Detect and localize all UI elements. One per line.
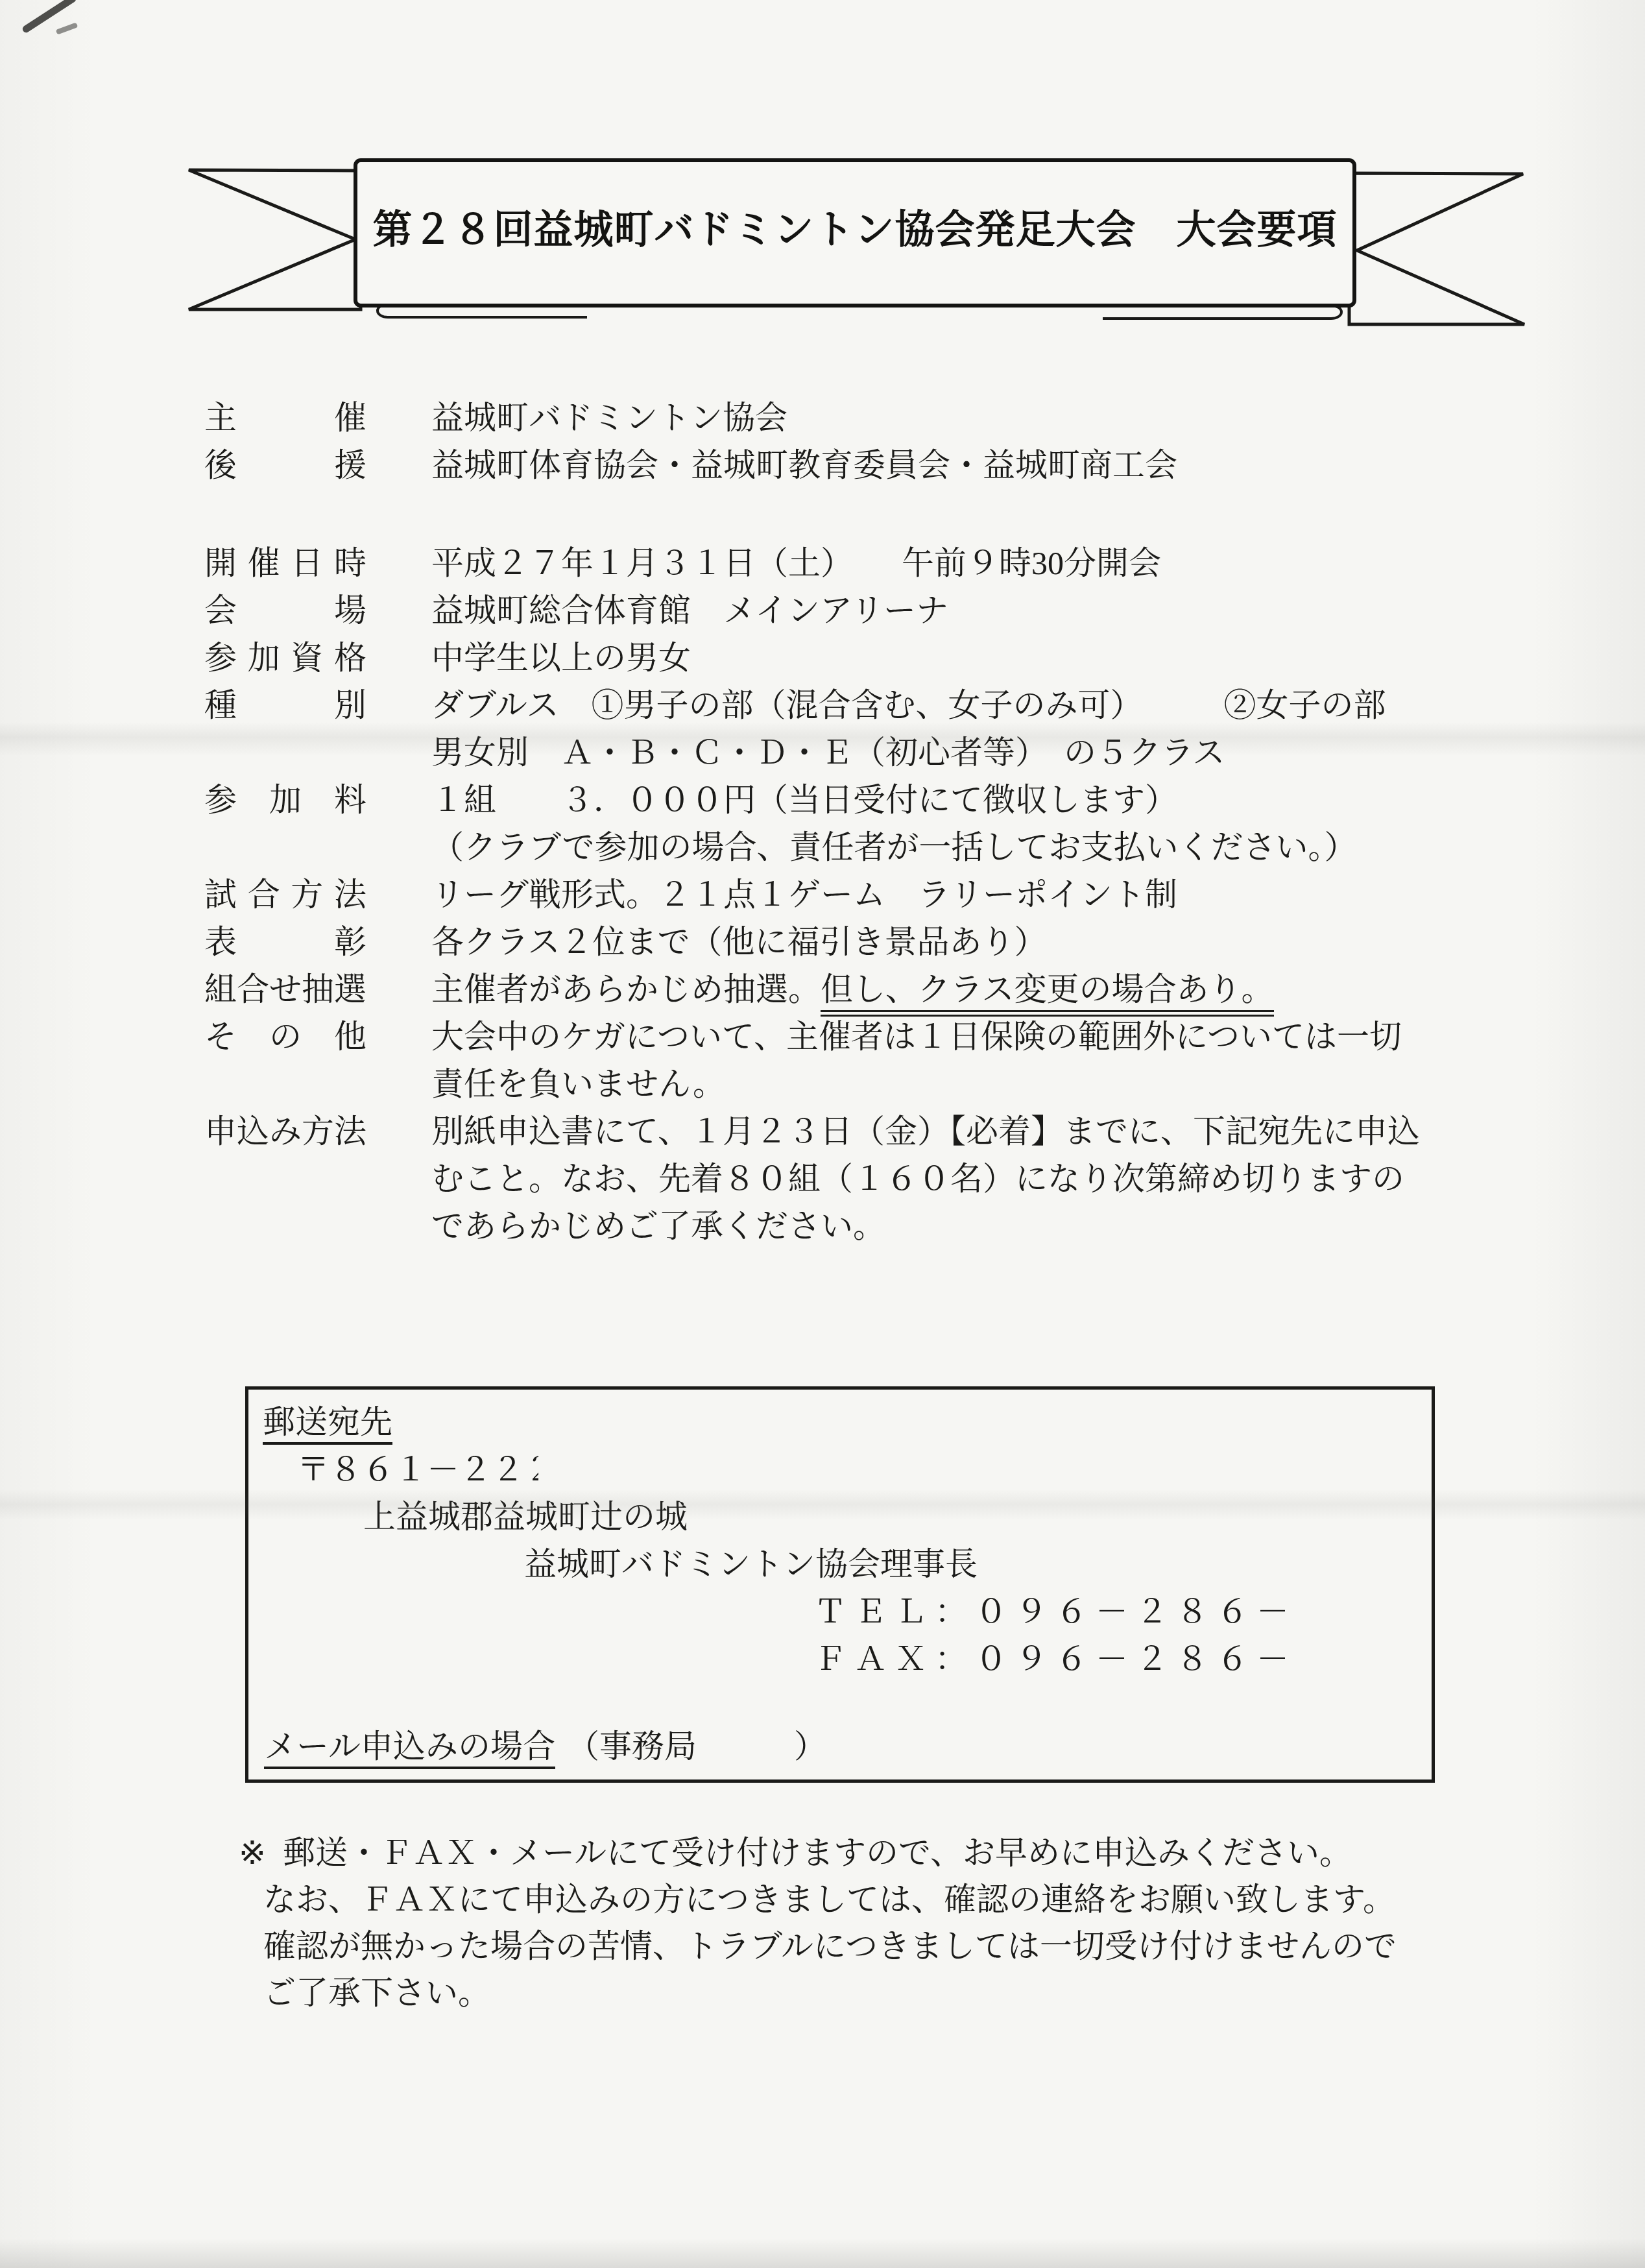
detail-text: 各クラス２位まで（他に福引き景品あり） [431, 924, 1047, 960]
detail-row: 参加資格中学生以上の男女 [204, 634, 1541, 682]
detail-value: 益城町バドミントン協会 [431, 394, 1541, 442]
detail-value: 中学生以上の男女 [431, 634, 1541, 682]
footnote-line: ※郵送・ＦＡＸ・メールにて受け付けますので、お早めに申込みください。 [239, 1829, 1471, 1876]
detail-value: 益城町体育協会・益城町教育委員会・益城町商工会 [431, 442, 1541, 489]
detail-row: 後援益城町体育協会・益城町教育委員会・益城町商工会 [204, 442, 1541, 489]
ribbon-right-tail [1349, 173, 1524, 324]
detail-row: 主催益城町バドミントン協会 [204, 394, 1541, 442]
detail-value: リーグ戦形式。２１点１ゲーム ラリーポイント制 [431, 871, 1541, 919]
detail-row: 申込み方法別紙申込書にて、１月２３日（金）【必着】までに、下記宛先に申込むこと。… [204, 1108, 1541, 1250]
detail-value: 平成２７年１月３１日（土） 午前９時30分開会 [431, 540, 1541, 587]
detail-value-line: １組 ３．０００円（当日受付にて徴収します） [431, 777, 1541, 824]
detail-text: むこと。なお、先着８０組（１６０名）になり次第締め切りますの [431, 1161, 1404, 1197]
scan-bottom-edge-shadow [0, 2238, 1645, 2268]
detail-text: 主催者があらかじめ抽選。 [431, 971, 821, 1007]
detail-row: 参加料１組 ３．０００円（当日受付にて徴収します）（クラブで参加の場合、責任者が… [204, 777, 1541, 871]
detail-value: 大会中のケガについて、主催者は１日保険の範囲外については一切責任を負いません。 [431, 1013, 1541, 1108]
detail-label: 種別 [204, 682, 366, 729]
detail-text: 責任を負いません。 [431, 1066, 725, 1102]
detail-value-line: 各クラス２位まで（他に福引き景品あり） [431, 919, 1541, 966]
mail-application-line: メール申込みの場合（事務局 ） [264, 1723, 1432, 1770]
postal-code-clipped-digit: ２ [524, 1446, 538, 1493]
detail-text: 別紙申込書にて、１月２３日（金）【必着】までに、下記宛先に申込 [431, 1113, 1420, 1150]
fax-line: ＦＡＸ：０９６－２８６－ [814, 1635, 1432, 1683]
tel-line: ＴＥＬ：０９６－２８６－ [814, 1588, 1432, 1635]
detail-value: 各クラス２位まで（他に福引き景品あり） [431, 919, 1541, 966]
detail-value-line: 主催者があらかじめ抽選。但し、クラス変更の場合あり。 [431, 966, 1541, 1013]
detail-value: 益城町総合体育館 メインアリーナ [431, 587, 1541, 634]
mail-application-label: メール申込みの場合 [264, 1728, 555, 1769]
footnote-line: 確認が無かった場合の苦情、トラブルにつきましては一切受け付けませんので [239, 1923, 1471, 1970]
detail-label: 参加資格 [204, 634, 366, 682]
detail-value-line: 大会中のケガについて、主催者は１日保険の範囲外については一切 [431, 1013, 1541, 1061]
detail-label: 後援 [204, 442, 366, 489]
detail-text: 男女別 Ａ・Ｂ・Ｃ・Ｄ・Ｅ（初心者等） の５クラス [431, 734, 1225, 771]
footnote-text: 郵送・ＦＡＸ・メールにて受け付けますので、お早めに申込みください。 [283, 1835, 1352, 1871]
detail-value-line: 男女別 Ａ・Ｂ・Ｃ・Ｄ・Ｅ（初心者等） の５クラス [431, 729, 1541, 777]
detail-row: 試合方法リーグ戦形式。２１点１ゲーム ラリーポイント制 [204, 871, 1541, 919]
mailing-address-heading: 郵送宛先 [263, 1399, 1432, 1446]
detail-label: 開催日時 [204, 540, 366, 587]
detail-text: 大会中のケガについて、主催者は１日保険の範囲外については一切 [431, 1019, 1402, 1055]
detail-label: 試合方法 [204, 871, 366, 919]
address-line: 上益城郡益城町辻の城 [363, 1493, 1432, 1541]
detail-text: 益城町バドミントン協会 [431, 400, 787, 436]
mailing-address-heading-text: 郵送宛先 [263, 1404, 392, 1445]
postal-code-text: 〒８６１－２２ [297, 1451, 524, 1488]
ribbon-left-tail [189, 170, 361, 309]
detail-text: 益城町体育協会・益城町教育委員会・益城町商工会 [431, 447, 1177, 483]
detail-row: 会場益城町総合体育館 メインアリーナ [204, 587, 1541, 634]
detail-value-line: 責任を負いません。 [431, 1061, 1541, 1108]
detail-label: 表彰 [204, 919, 366, 966]
footnote-line: ご了承下さい。 [239, 1970, 1471, 2016]
detail-value-line: 平成２７年１月３１日（土） 午前９時30分開会 [431, 540, 1541, 587]
detail-text: ダブルス ①男子の部（混合含む、女子のみ可） ②女子の部 [431, 687, 1386, 723]
detail-value-line: 益城町体育協会・益城町教育委員会・益城町商工会 [431, 442, 1541, 489]
mail-application-office: （事務局 ） [567, 1728, 826, 1765]
detail-text: リーグ戦形式。２１点１ゲーム ラリーポイント制 [431, 876, 1177, 913]
scanned-document-page: 第２８回益城町バドミントン協会発足大会 大会要項 主催益城町バドミントン協会後援… [0, 0, 1645, 2268]
detail-value-line: 益城町バドミントン協会 [431, 394, 1541, 442]
detail-value-line: 益城町総合体育館 メインアリーナ [431, 587, 1541, 634]
detail-value-line: （クラブで参加の場合、責任者が一括してお支払いください。） [431, 824, 1541, 871]
detail-value-line: 別紙申込書にて、１月２３日（金）【必着】までに、下記宛先に申込 [431, 1108, 1541, 1155]
detail-label: 組合せ抽選 [204, 966, 366, 1013]
detail-row: その他大会中のケガについて、主催者は１日保険の範囲外については一切責任を負いませ… [204, 1013, 1541, 1108]
detail-row: 種別ダブルス ①男子の部（混合含む、女子のみ可） ②女子の部男女別 Ａ・Ｂ・Ｃ・… [204, 682, 1541, 777]
detail-label: その他 [204, 1013, 366, 1061]
detail-value-line: であらかじめご了承ください。 [431, 1203, 1541, 1250]
detail-text-underlined: 但し、クラス変更の場合あり。 [821, 971, 1274, 1017]
detail-row: 表彰各クラス２位まで（他に福引き景品あり） [204, 919, 1541, 966]
details-list: 主催益城町バドミントン協会後援益城町体育協会・益城町教育委員会・益城町商工会開催… [204, 394, 1541, 1250]
detail-label: 主催 [204, 394, 366, 442]
recipient-line: 益城町バドミントン協会理事長 [524, 1541, 1432, 1588]
detail-label: 会場 [204, 587, 366, 634]
detail-text: 益城町総合体育館 メインアリーナ [431, 592, 948, 629]
detail-value-line: ダブルス ①男子の部（混合含む、女子のみ可） ②女子の部 [431, 682, 1541, 729]
detail-text: （クラブで参加の場合、責任者が一括してお支払いください。） [431, 829, 1357, 865]
detail-text: であらかじめご了承ください。 [431, 1208, 885, 1244]
detail-value: １組 ３．０００円（当日受付にて徴収します）（クラブで参加の場合、責任者が一括し… [431, 777, 1541, 871]
detail-text: 中学生以上の男女 [431, 640, 691, 676]
detail-text: １組 ３．０００円（当日受付にて徴収します） [431, 782, 1177, 818]
detail-value-line: リーグ戦形式。２１点１ゲーム ラリーポイント制 [431, 871, 1541, 919]
detail-text: 平成２７年１月３１日（土） 午前９時30分開会 [431, 545, 1161, 581]
mailing-address-box: 郵送宛先 〒８６１－２２２ 上益城郡益城町辻の城 益城町バドミントン協会理事長 … [245, 1386, 1435, 1783]
detail-row: 組合せ抽選主催者があらかじめ抽選。但し、クラス変更の場合あり。 [204, 966, 1541, 1013]
detail-label: 参加料 [204, 777, 366, 824]
detail-row: 開催日時平成２７年１月３１日（土） 午前９時30分開会 [204, 540, 1541, 587]
detail-value: 主催者があらかじめ抽選。但し、クラス変更の場合あり。 [431, 966, 1541, 1013]
document-title: 第２８回益城町バドミントン協会発足大会 大会要項 [355, 160, 1354, 293]
detail-value: 別紙申込書にて、１月２３日（金）【必着】までに、下記宛先に申込むこと。なお、先着… [431, 1108, 1541, 1250]
postal-code: 〒８６１－２２２ [297, 1446, 1432, 1493]
footnote-line: なお、ＦＡＸにて申込みの方につきましては、確認の連絡をお願い致します。 [239, 1876, 1471, 1923]
detail-value-line: 中学生以上の男女 [431, 634, 1541, 682]
reference-mark: ※ [239, 1835, 266, 1871]
detail-value: ダブルス ①男子の部（混合含む、女子のみ可） ②女子の部男女別 Ａ・Ｂ・Ｃ・Ｄ・… [431, 682, 1541, 777]
footnote: ※郵送・ＦＡＸ・メールにて受け付けますので、お早めに申込みください。 なお、ＦＡ… [239, 1829, 1471, 2016]
detail-label: 申込み方法 [204, 1108, 366, 1155]
title-banner: 第２８回益城町バドミントン協会発足大会 大会要項 [0, 0, 1645, 363]
detail-value-line: むこと。なお、先着８０組（１６０名）になり次第締め切りますの [431, 1155, 1541, 1203]
